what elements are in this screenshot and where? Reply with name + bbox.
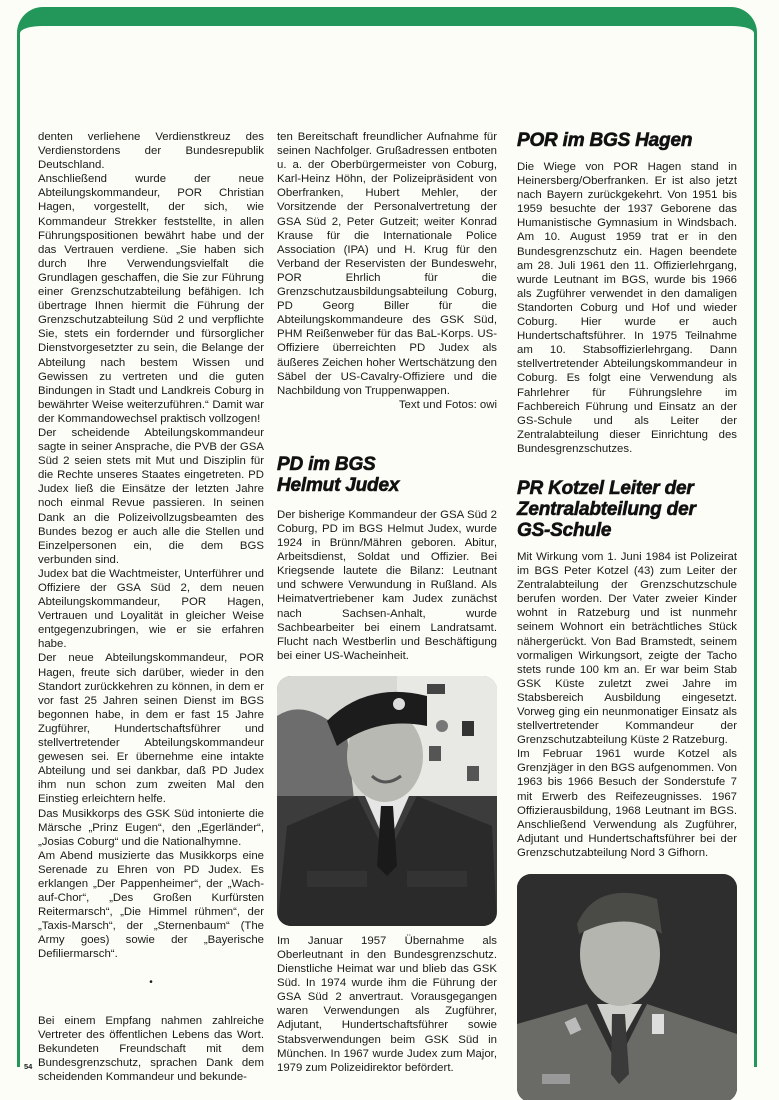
portrait-image	[517, 874, 737, 1100]
paragraph: denten verliehene Verdienstkreuz des Ver…	[38, 130, 264, 172]
photo-helmut-judex	[277, 676, 497, 926]
paragraph: Der scheidende Abteilungskommandeur sagt…	[38, 426, 264, 567]
photo-credit: Text und Fotos: owi	[277, 398, 497, 412]
portrait-image	[277, 676, 497, 926]
section-heading-kotzel: PR Kotzel Leiter der Zentralabteilung de…	[517, 478, 737, 541]
paragraph: Im Februar 1961 wurde Kotzel als Grenzjä…	[517, 747, 737, 860]
section-heading-judex: PD im BGS Helmut Judex	[277, 454, 497, 496]
column-1: denten verliehene Verdienstkreuz des Ver…	[38, 130, 264, 1084]
section-separator: •	[38, 976, 264, 990]
paragraph: Der neue Abteilungskommandeur, POR Hagen…	[38, 651, 264, 806]
paragraph: Mit Wirkung vom 1. Juni 1984 ist Polizei…	[517, 550, 737, 747]
paragraph: Anschließend wurde der neue Abteilungsko…	[38, 172, 264, 426]
paragraph: Am Abend musizierte das Musikkorps eine …	[38, 849, 264, 962]
paragraph: ten Bereitschaft freundlicher Aufnahme f…	[277, 130, 497, 398]
column-2: ten Bereitschaft freundlicher Aufnahme f…	[277, 130, 497, 1075]
paragraph: Die Wiege von POR Hagen stand in Heiners…	[517, 160, 737, 456]
paragraph: Der bisherige Kommandeur der GSA Süd 2 C…	[277, 508, 497, 663]
column-3: POR im BGS Hagen Die Wiege von POR Hagen…	[517, 130, 737, 1100]
paragraph: Bei einem Empfang nahmen zahlreiche Vert…	[38, 1014, 264, 1084]
paragraph: Judex bat die Wachtmeister, Unterführer …	[38, 567, 264, 652]
section-heading-hagen: POR im BGS Hagen	[517, 130, 737, 151]
page-number: 54	[24, 1062, 32, 1071]
paragraph: Das Musikkorps des GSK Süd intonierte di…	[38, 807, 264, 849]
photo-peter-kotzel	[517, 874, 737, 1100]
paragraph: Im Januar 1957 Übernahme als Oberleutnan…	[277, 934, 497, 1075]
